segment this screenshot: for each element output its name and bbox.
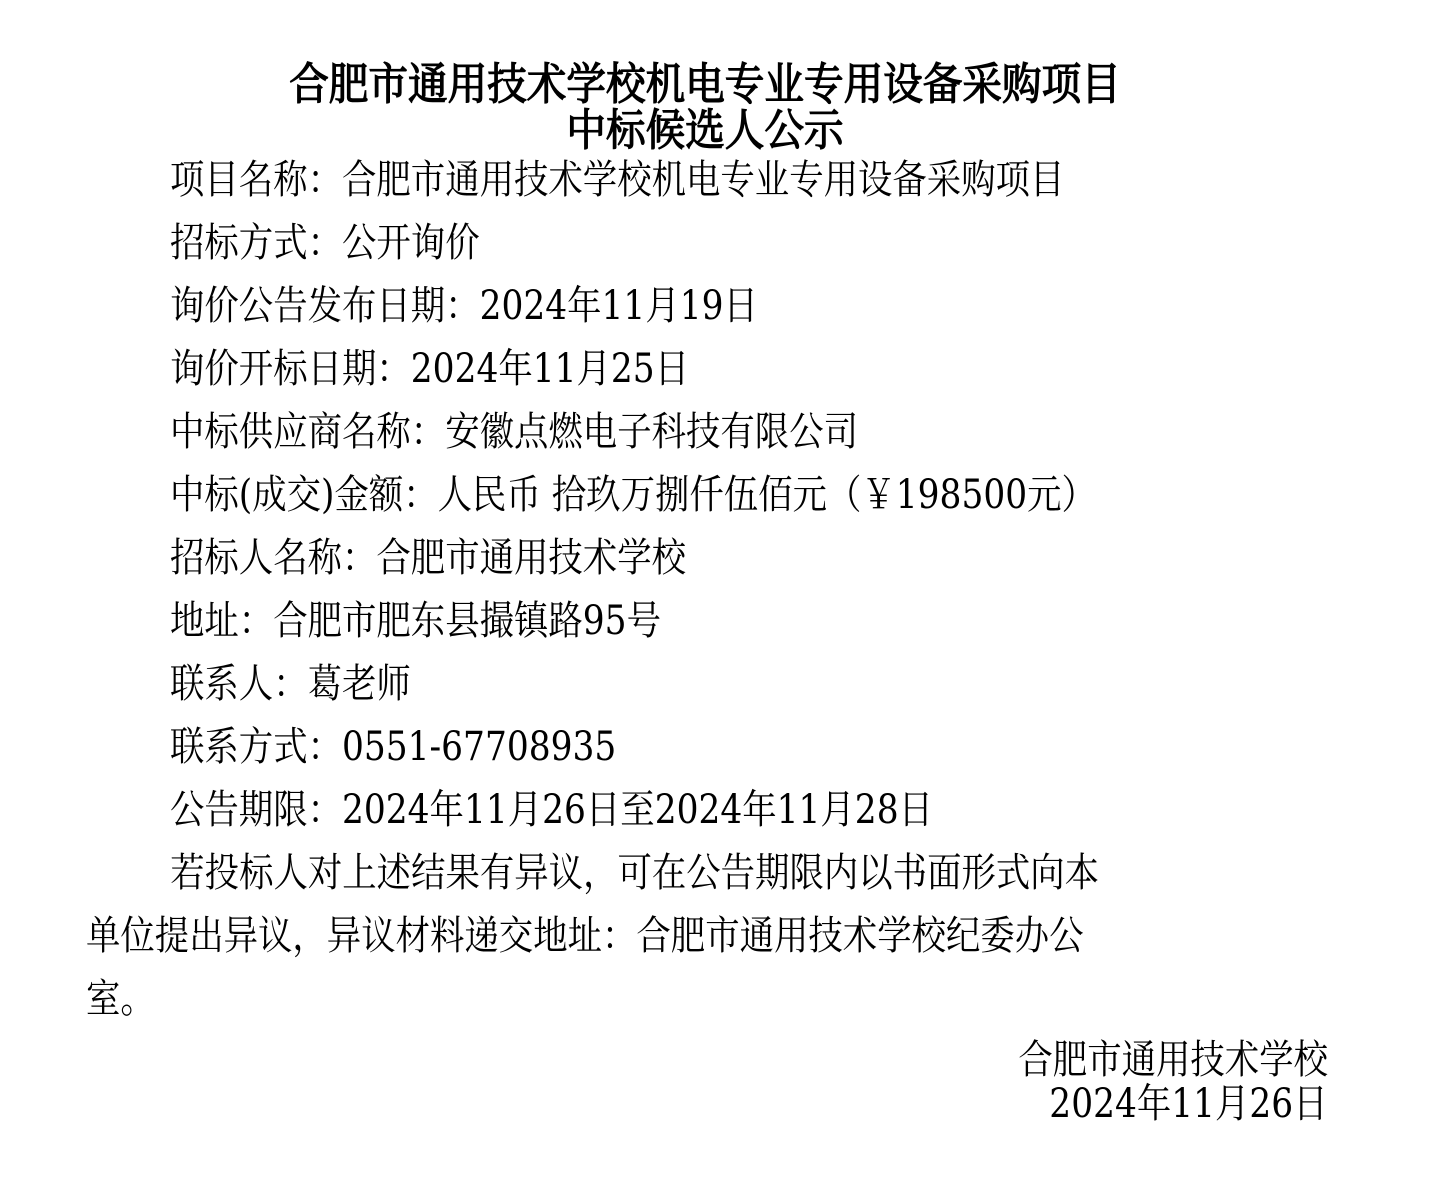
field-label: 招标方式：: [170, 220, 342, 266]
field-value: 0551-67708935: [342, 724, 616, 770]
paragraph-line: 单位提出异议，异议材料递交地址：合肥市通用技术学校纪委办公: [86, 905, 1161, 968]
field-inquiry-publish-date: 询价公告发布日期：2024年11月19日: [170, 281, 758, 331]
paragraph-line: 若投标人对上述结果有异议，可在公告期限内以书面形式向本: [86, 842, 1161, 905]
field-inquiry-opening-date: 询价开标日期：2024年11月25日: [170, 344, 689, 394]
field-label: 询价公告发布日期：: [170, 283, 480, 329]
field-winning-amount: 中标(成交)金额：人民币 拾玖万捌仟伍佰元（￥198500元）: [170, 470, 1096, 520]
field-label: 中标供应商名称：: [170, 409, 445, 455]
paragraph-line: 室。: [86, 968, 1161, 1031]
field-value: 安徽点燃电子科技有限公司: [445, 409, 858, 455]
field-value: 2024年11月19日: [480, 283, 758, 329]
field-label: 联系方式：: [170, 724, 342, 770]
field-value: 合肥市通用技术学校机电专业专用设备采购项目: [342, 157, 1064, 203]
field-address: 地址：合肥市肥东县撮镇路95号: [170, 596, 661, 646]
field-label: 询价开标日期：: [170, 346, 411, 392]
document-title: 合肥市通用技术学校机电专业专用设备采购项目: [71, 62, 1340, 108]
field-label: 联系人：: [170, 661, 308, 707]
objection-paragraph: 若投标人对上述结果有异议，可在公告期限内以书面形式向本 单位提出异议，异议材料递…: [86, 842, 1336, 1031]
field-value: 2024年11月26日至2024年11月28日: [342, 787, 933, 833]
field-winning-supplier: 中标供应商名称：安徽点燃电子科技有限公司: [170, 407, 858, 457]
field-value: 合肥市肥东县撮镇路95号: [273, 598, 661, 644]
signature-date: 2024年11月26日: [1050, 1082, 1328, 1126]
field-value: 公开询价: [342, 220, 480, 266]
document-subtitle: 中标候选人公示: [71, 108, 1340, 154]
field-value: 合肥市通用技术学校: [376, 535, 686, 581]
announcement-document: 合肥市通用技术学校机电专业专用设备采购项目 中标候选人公示 项目名称：合肥市通用…: [0, 0, 1440, 1200]
field-label: 中标(成交)金额：: [170, 472, 438, 518]
field-project-name: 项目名称：合肥市通用技术学校机电专业专用设备采购项目: [170, 155, 1064, 205]
field-label: 项目名称：: [170, 157, 342, 203]
field-bidding-method: 招标方式：公开询价: [170, 218, 480, 268]
field-label: 地址：: [170, 598, 273, 644]
field-value: 2024年11月25日: [411, 346, 689, 392]
field-contact-phone: 联系方式：0551-67708935: [170, 722, 616, 772]
field-announcement-period: 公告期限：2024年11月26日至2024年11月28日: [170, 785, 933, 835]
signature-organization: 合肥市通用技术学校: [1018, 1038, 1328, 1082]
field-tenderer-name: 招标人名称：合肥市通用技术学校: [170, 533, 686, 583]
field-value: 葛老师: [308, 661, 411, 707]
field-label: 招标人名称：: [170, 535, 376, 581]
field-contact-person: 联系人：葛老师: [170, 659, 411, 709]
field-value: 人民币 拾玖万捌仟伍佰元（￥198500元）: [438, 472, 1096, 518]
field-label: 公告期限：: [170, 787, 342, 833]
